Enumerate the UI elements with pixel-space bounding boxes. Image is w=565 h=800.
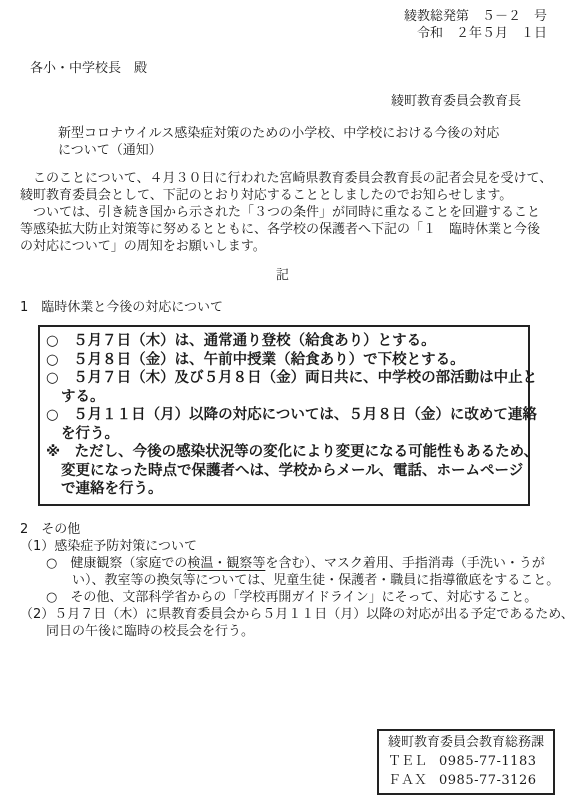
body-paragraph: このことについて、４月３０日に行われた宮崎県教育委員会教育長の記者会見を受けて、… (0, 170, 565, 255)
notice-line: ※ ただし、今後の感染状況等の変化により変更になる可能性もあるため、 (46, 443, 522, 462)
document-page: 綾教総発第 ５－２ 号 令和 ２年５月 １日 各小・中学校長 殿 綾町教育委員会… (0, 0, 565, 800)
document-title: 新型コロナウイルス感染症対策のための小学校、中学校における今後の対応 について（… (0, 125, 565, 159)
contact-tel-number: 0985-77-1183 (439, 754, 537, 769)
notice-line: で連絡を行う。 (46, 480, 522, 499)
body-line: このことについて、４月３０日に行われた宮崎県教育委員会教育長の記者会見を受けて、 (20, 170, 565, 187)
issue-date: 令和 ２年５月 １日 (0, 25, 547, 42)
body-line: の対応について」の周知をお願いします。 (20, 238, 565, 255)
prevention-item2: ○ その他、文部科学省からの「学校再開ガイドライン」にそって、対応すること。 (20, 589, 565, 606)
notice-line: ○ ５月７日（木）は、通常通り登校（給食あり）とする。 (46, 332, 522, 351)
notice-line: ○ ５月１１日（月）以降の対応については、５月８日（金）に改めて連絡 (46, 406, 522, 425)
ki-marker: 記 (0, 267, 565, 284)
section2: 2 その他 （1）感染症予防対策について ○ 健康観察（家庭での検温・観察等を含… (0, 521, 565, 640)
body-line: ついては、引き続き国から示された「３つの条件」が同時に重なることを回避すること (20, 204, 565, 221)
prevention-item1-underlined: 検温・観察等 (187, 556, 265, 571)
section1-heading: 1 臨時休業と今後の対応について (0, 299, 565, 316)
notice-box: ○ ５月７日（木）は、通常通り登校（給食あり）とする。 ○ ５月８日（金）は、午… (38, 325, 530, 506)
contact-tel: ＴＥＬ0985-77-1183 (388, 752, 544, 771)
document-title-line: 新型コロナウイルス感染症対策のための小学校、中学校における今後の対応 (58, 125, 565, 142)
notice-line: を行う。 (46, 425, 522, 444)
contact-fax-label: ＦＡＸ (388, 773, 427, 788)
prevention-item1-after: を含む）、マスク着用、手指消毒（手洗い・うが (265, 556, 545, 571)
section2-sub1-heading: （1）感染症予防対策について (20, 538, 565, 555)
prevention-item1-continuation: い）、教室等の換気等については、児童生徒・保護者・職員に指導徹底をすること。 (20, 572, 565, 589)
document-title-line: について（通知） (58, 142, 565, 159)
contact-fax: ＦＡＸ0985-77-3126 (388, 771, 544, 790)
contact-box: 綾町教育委員会教育総務課 ＴＥＬ0985-77-1183 ＦＡＸ0985-77-… (377, 729, 555, 795)
notice-line: ○ ５月８日（金）は、午前中授業（給食あり）で下校とする。 (46, 351, 522, 370)
prevention-item1-before: ○ 健康観察（家庭での (46, 556, 187, 571)
prevention-item1-line: ○ 健康観察（家庭での検温・観察等を含む）、マスク着用、手指消毒（手洗い・うが (20, 555, 565, 572)
contact-fax-number: 0985-77-3126 (439, 773, 537, 788)
notice-line: 変更になった時点で保護者へは、学校からメール、電話、ホームページ (46, 462, 522, 481)
sender: 綾町教育委員会教育長 (0, 93, 565, 110)
contact-department: 綾町教育委員会教育総務課 (388, 733, 544, 752)
notice-line: する。 (46, 388, 522, 407)
body-line: 等感染拡大防止対策等に努めるとともに、各学校の保護者へ下記の「１ 臨時休業と今後 (20, 221, 565, 238)
addressee: 各小・中学校長 殿 (0, 60, 565, 77)
section2-sub2-line: （2）５月７日（木）に県教育委員会から５月１１日（月）以降の対応が出る予定である… (20, 606, 565, 623)
notice-line: ○ ５月７日（木）及び５月８日（金）両日共に、中学校の部活動は中止と (46, 369, 522, 388)
contact-tel-label: ＴＥＬ (388, 754, 427, 769)
document-header: 綾教総発第 ５－２ 号 令和 ２年５月 １日 (0, 0, 565, 42)
body-line: 綾町教育委員会として、下記のとおり対応することとしましたのでお知らせします。 (20, 187, 565, 204)
reference-number: 綾教総発第 ５－２ 号 (0, 8, 547, 25)
section2-heading: 2 その他 (20, 521, 565, 538)
section2-sub2-continuation: 同日の午後に臨時の校長会を行う。 (20, 623, 565, 640)
